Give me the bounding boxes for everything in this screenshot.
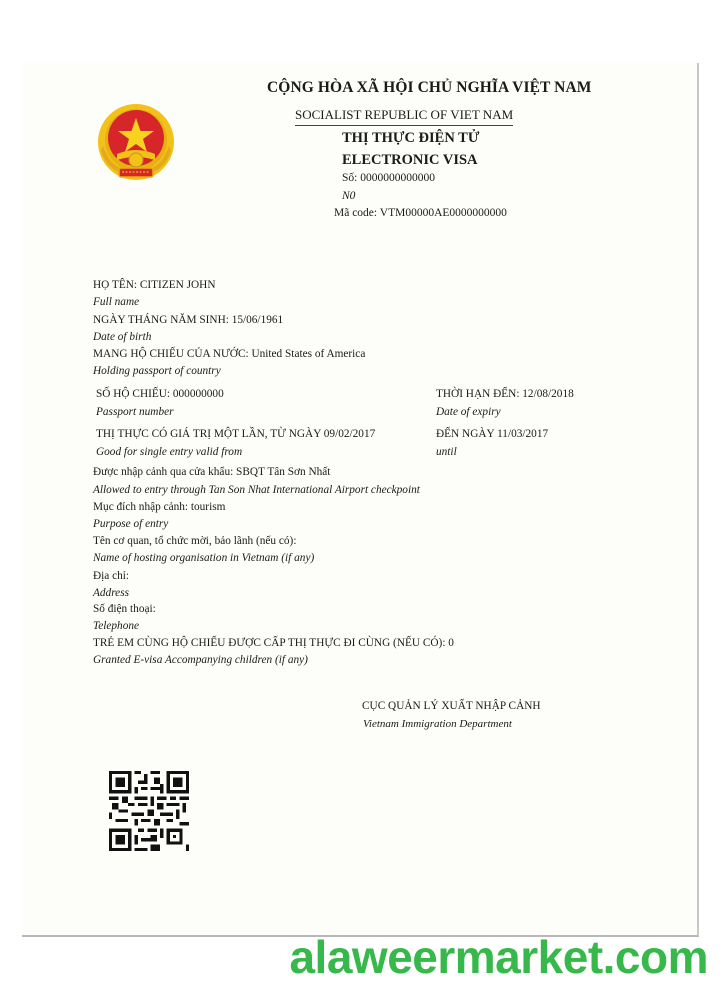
- full-name-en: Full name: [93, 296, 139, 308]
- purpose-en: Purpose of entry: [93, 518, 168, 530]
- issuing-department-vi: CỤC QUẢN LÝ XUẤT NHẬP CẢNH: [362, 700, 541, 712]
- watermark-text: alaweermarket.com: [289, 930, 708, 984]
- address-label: Địa chỉ:: [93, 570, 129, 582]
- valid-until-en: until: [436, 446, 457, 458]
- visa-number: Số: 0000000000000: [342, 172, 435, 184]
- nation-title-vi: CỘNG HÒA XÃ HỘI CHỦ NGHĨA VIỆT NAM: [267, 79, 592, 97]
- address-en: Address: [93, 587, 129, 599]
- valid-from-label: THỊ THỰC CÓ GIÁ TRỊ MỘT LẦN, TỪ NGÀY 09/…: [96, 428, 375, 440]
- document-title-en: ELECTRONIC VISA: [342, 152, 478, 169]
- children-en: Granted E-visa Accompanying children (if…: [93, 654, 308, 666]
- visa-number-en-label: N0: [342, 190, 355, 202]
- checkpoint-label: Được nhập cảnh qua cửa khẩu: SBQT Tân Sơ…: [93, 466, 330, 478]
- country-label: MANG HỘ CHIẾU CỦA NƯỚC: United States of…: [93, 348, 365, 360]
- passport-number-label: SỐ HỘ CHIẾU: 000000000: [96, 388, 224, 400]
- phone-label: Số điện thoại:: [93, 603, 156, 615]
- visa-code: Mã code: VTM00000AE0000000000: [334, 207, 507, 219]
- issuing-department-en: Vietnam Immigration Department: [363, 718, 512, 730]
- valid-until-label: ĐẾN NGÀY 11/03/2017: [436, 428, 548, 440]
- nation-title-en: SOCIALIST REPUBLIC OF VIET NAM: [295, 107, 513, 126]
- expiry-en: Date of expiry: [436, 406, 501, 418]
- national-emblem-icon: [95, 102, 177, 186]
- checkpoint-en: Allowed to entry through Tan Son Nhat In…: [93, 484, 420, 496]
- expiry-label: THỜI HẠN ĐẾN: 12/08/2018: [436, 388, 574, 400]
- phone-en: Telephone: [93, 620, 139, 632]
- children-label: TRẺ EM CÙNG HỘ CHIẾU ĐƯỢC CẤP THỊ THỰC Đ…: [93, 637, 454, 649]
- document-title-vi: THỊ THỰC ĐIỆN TỬ: [342, 130, 479, 147]
- country-en: Holding passport of country: [93, 365, 221, 377]
- qr-code-icon: [107, 771, 191, 851]
- host-org-label: Tên cơ quan, tổ chức mời, bảo lãnh (nếu …: [93, 535, 296, 547]
- purpose-label: Mục đích nhập cảnh: tourism: [93, 501, 225, 513]
- dob-label: NGÀY THÁNG NĂM SINH: 15/06/1961: [93, 314, 283, 326]
- passport-number-en: Passport number: [96, 406, 174, 418]
- host-org-en: Name of hosting organisation in Vietnam …: [93, 552, 314, 564]
- valid-from-en: Good for single entry valid from: [96, 446, 242, 458]
- full-name-label: HỌ TÊN: CITIZEN JOHN: [93, 279, 215, 291]
- dob-en: Date of birth: [93, 331, 151, 343]
